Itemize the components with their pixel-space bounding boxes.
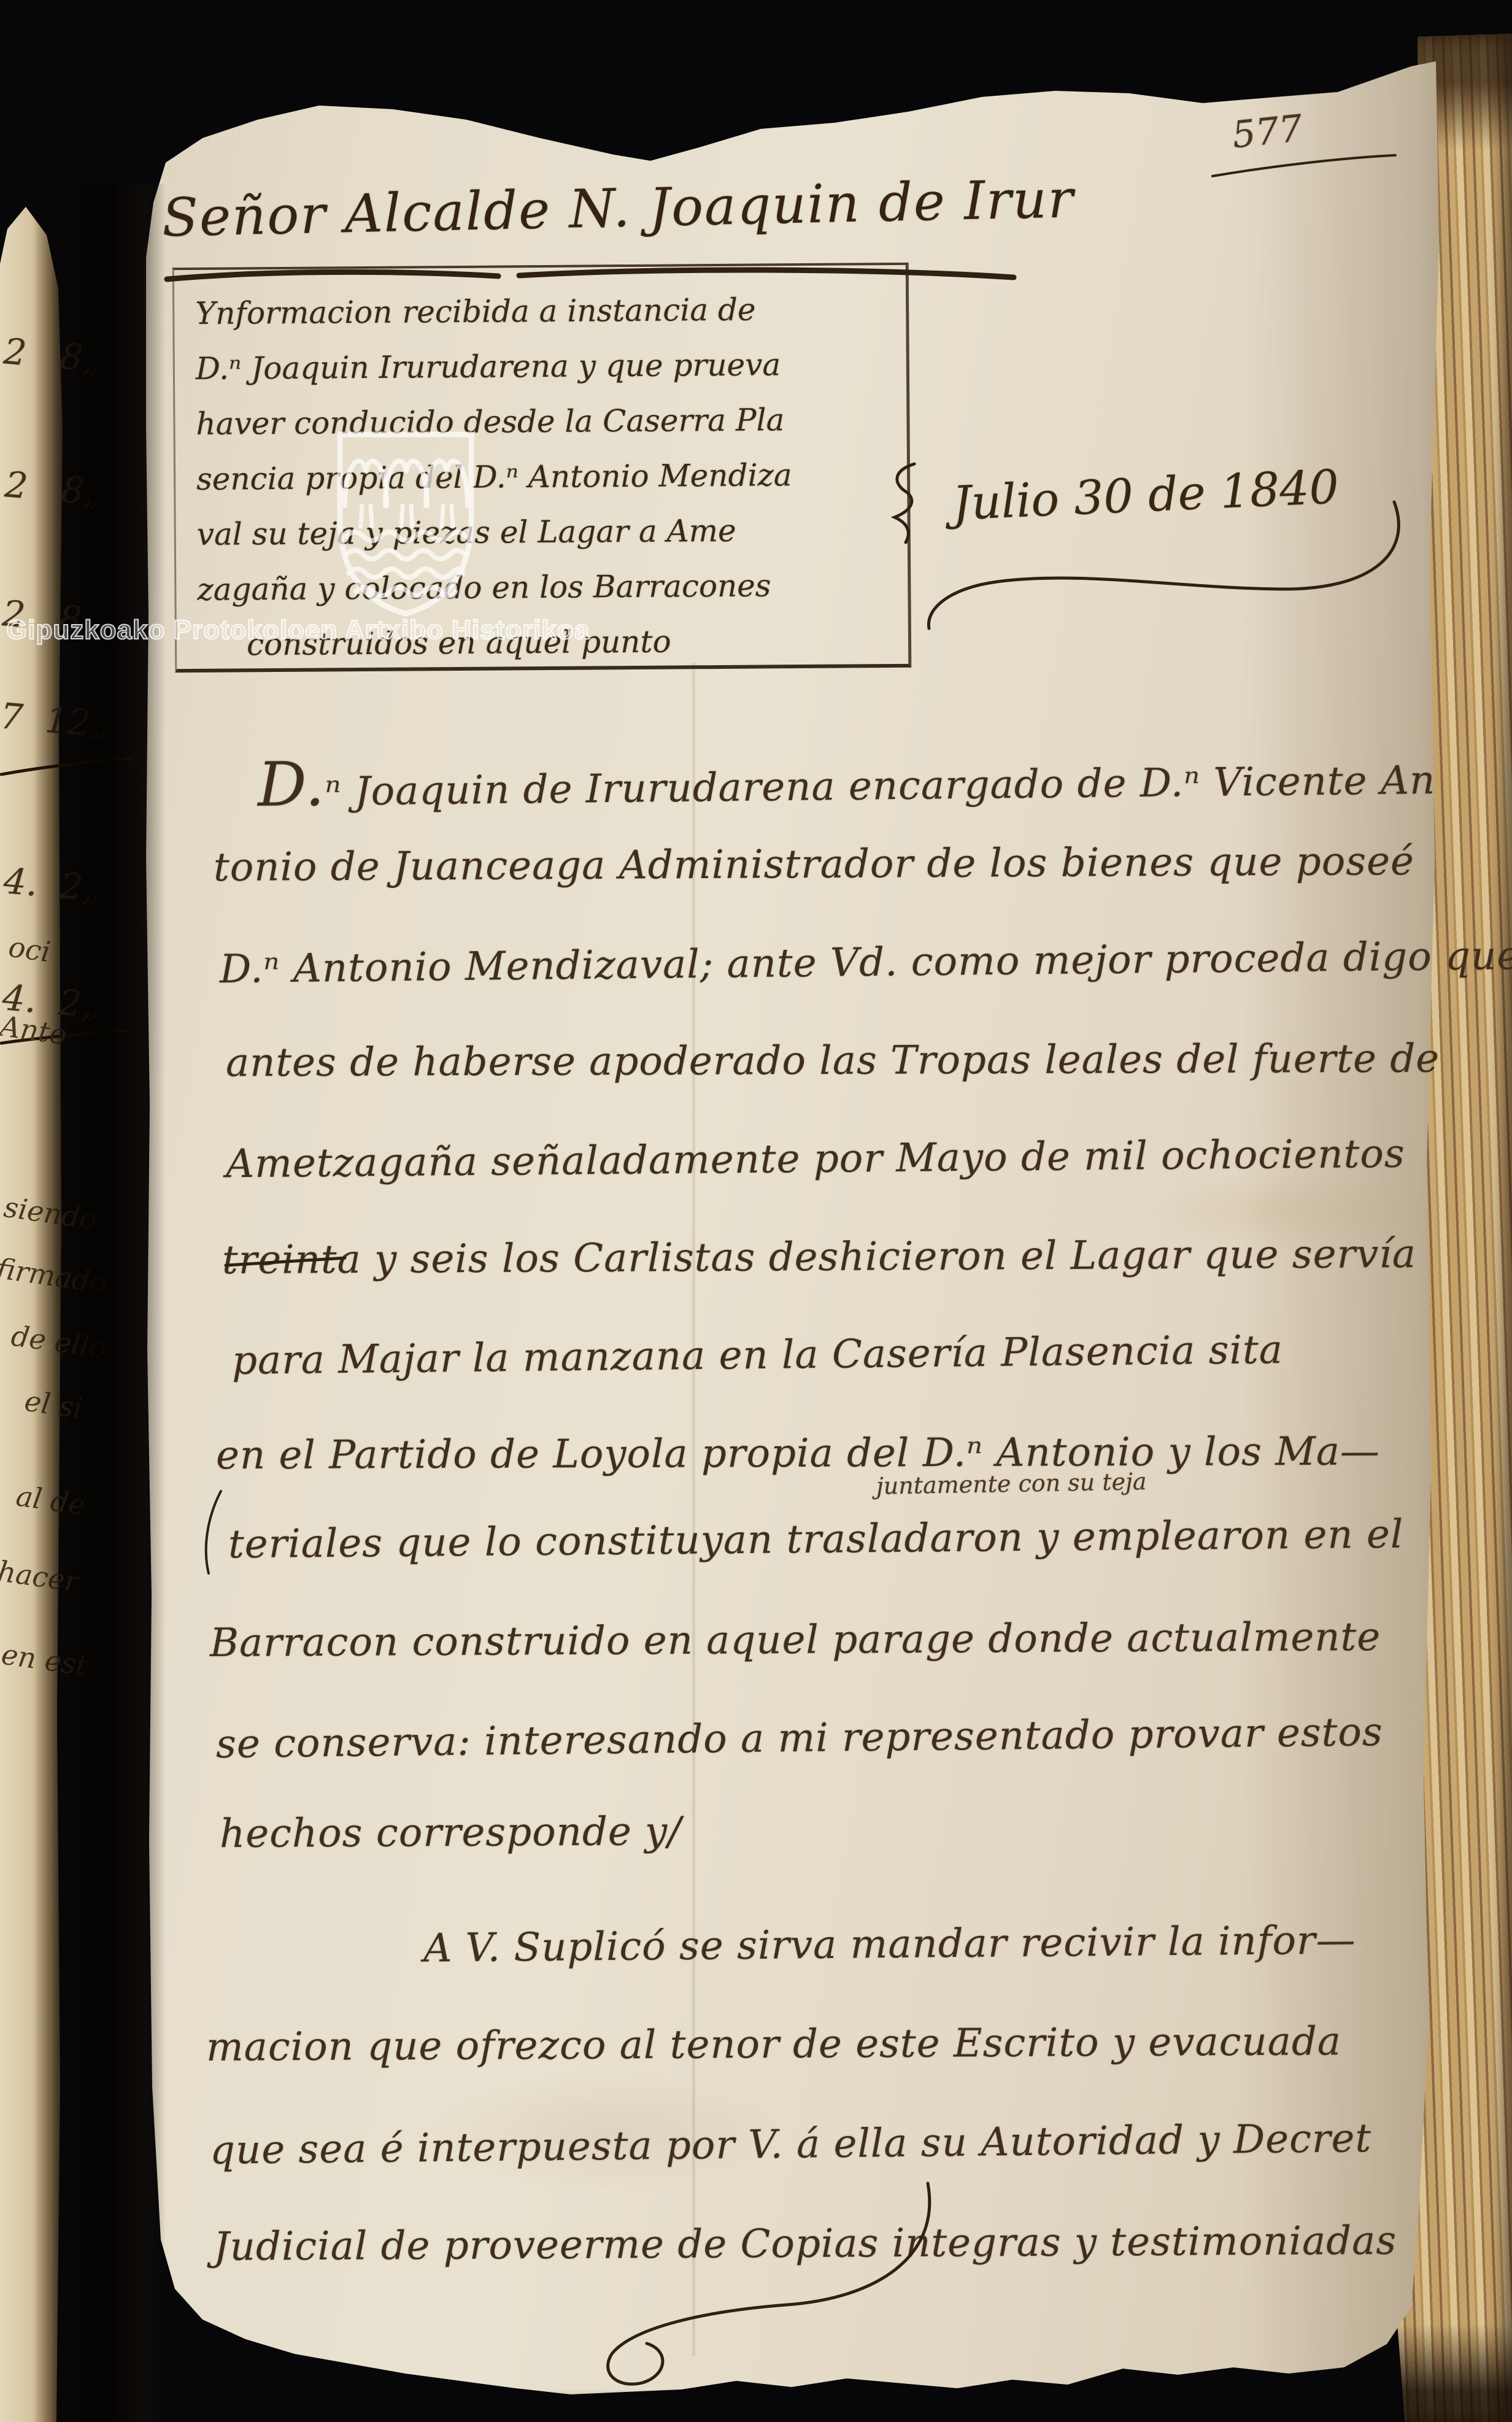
closing-spiral-flourish [608, 2183, 930, 2384]
margin-box-brace [895, 464, 914, 542]
insertion-caret [206, 1491, 221, 1573]
flourish-strokes [0, 0, 1512, 2422]
archive-watermark: Gipuzkoako Protokoloen Artxibo Historiko… [6, 615, 590, 646]
heading-underline [519, 270, 1014, 277]
watermark-shield-icon [331, 427, 480, 622]
manuscript-photo: 2 8„ 2 8„ 2 8„ 7 12„ 4. 2„ 4. 2„ oci Ant… [0, 0, 1512, 2422]
strikethrough-mark [226, 1258, 345, 1265]
heading-underline [167, 272, 498, 279]
date-swash [928, 502, 1398, 628]
folio-underline [1213, 155, 1395, 176]
